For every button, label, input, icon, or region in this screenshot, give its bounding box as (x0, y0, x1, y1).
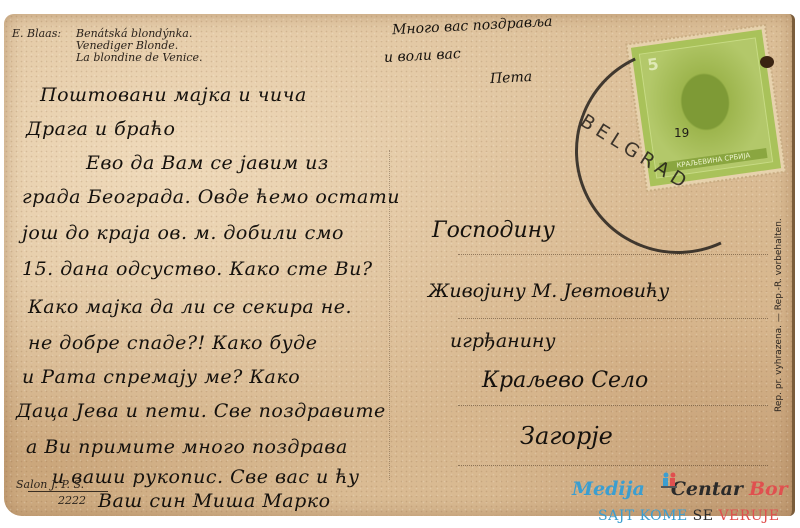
message-line: и Рата спремају ме? Како (22, 366, 300, 388)
message-line: 15. дана одсуство. Како сте Ви? (22, 258, 373, 280)
message-line: града Београда. Овде ћемо остати (22, 186, 400, 208)
caption-author: E. Blaas: (12, 28, 61, 40)
tagline-part1: SAJT KOME (598, 508, 693, 524)
watermark-part1: Medija (572, 478, 645, 500)
address-region: Загорје (520, 422, 613, 450)
caption-title-fr: La blondine de Venice. (76, 52, 203, 64)
watermark-logo: MedijaCentarBor (572, 478, 788, 500)
watermark-tagline: SAJT KOME SE VERUJE (598, 508, 780, 524)
tagline-part2: SE (693, 508, 719, 524)
address-line (458, 465, 768, 466)
address-line (458, 318, 768, 319)
publisher-name: Salon J. P. S. (16, 478, 84, 491)
publisher-rule (28, 491, 108, 492)
publisher-number: 2222 (58, 494, 86, 507)
message-line: не добре спаде?! Како буде (28, 332, 317, 354)
address-salutation: Господину (432, 218, 555, 243)
watermark-part3: Bor (749, 478, 788, 500)
address-occupation: игрђанину (450, 330, 555, 352)
message-line: Драга и браћо (26, 118, 175, 140)
ink-stain (760, 56, 774, 68)
rights-notice: Rep. pr. vyhrazena. — Rep.-R. vorbehalte… (774, 218, 784, 412)
message-line: а Ви примите много поздрава (26, 436, 348, 458)
watermark-part2: Centar (671, 478, 743, 500)
message-line: Како мајка да ли се секира не. (28, 296, 352, 318)
watermark-person-icon (660, 472, 678, 492)
message-line: Поштовани мајка и чича (40, 84, 307, 106)
message-line: Даца Јева и пети. Све поздравите (16, 400, 386, 422)
address-village: Краљево Село (482, 368, 648, 393)
message-line: Ваш син Миша Марко (98, 490, 331, 512)
corner-note-signature: Пета (490, 69, 533, 87)
address-line (458, 405, 768, 406)
message-line: још до краја ов. м. добили смо (22, 222, 344, 244)
caption-titles: Benátská blondýnka. Venediger Blonde. La… (76, 28, 203, 64)
address-name: Живојину М. Јевтовићу (428, 280, 669, 302)
message-line: Ево да Вам се јавим из (86, 152, 329, 174)
message-line: и ваши рукопис. Све вас и ћу (52, 466, 360, 488)
postmark-date: 19 (674, 126, 689, 140)
address-line (458, 254, 768, 255)
tagline-part3: VERUJE (718, 508, 779, 524)
